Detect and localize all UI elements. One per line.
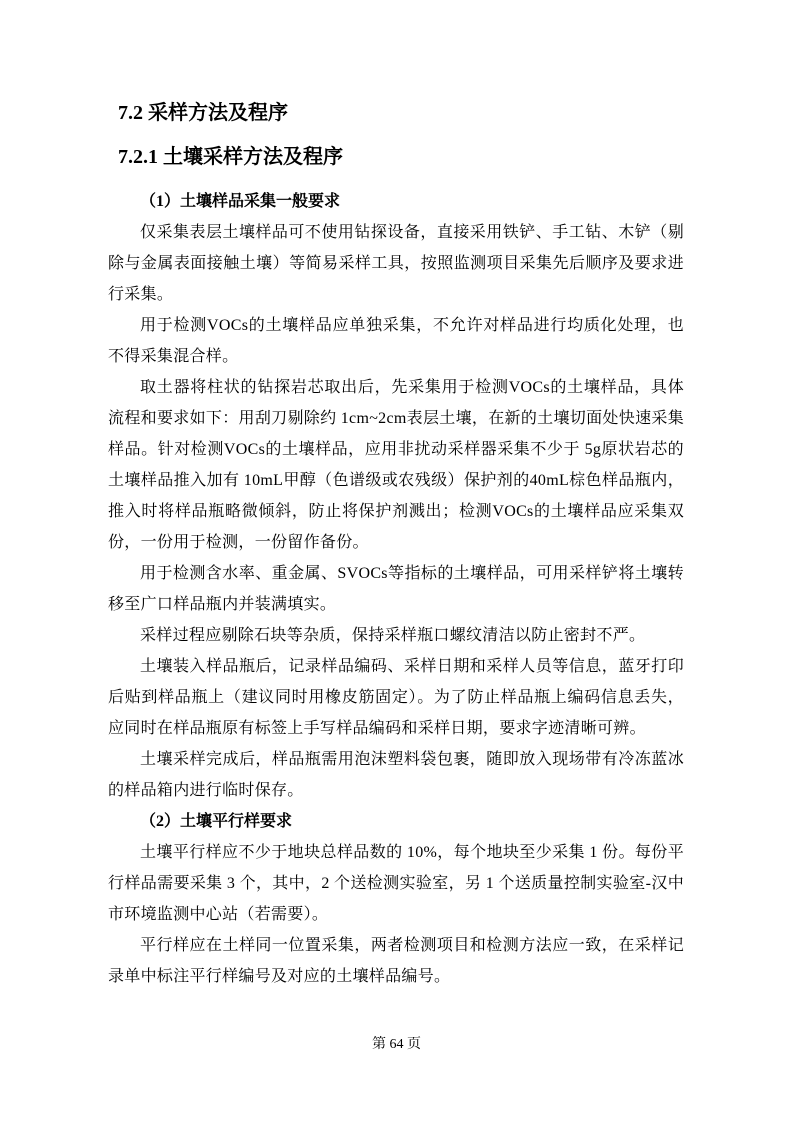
item-1-heading: （1）土壤样品采集一般要求	[108, 186, 684, 217]
paragraph: 用于检测VOCs的土壤样品应单独采集，不允许对样品进行均质化处理，也不得采集混合…	[108, 310, 684, 372]
item-2-heading: （2）土壤平行样要求	[108, 806, 684, 837]
paragraph: 土壤采样完成后，样品瓶需用泡沫塑料袋包裹，随即放入现场带有冷冻蓝冰的样品箱内进行…	[108, 744, 684, 806]
paragraph: 土壤装入样品瓶后，记录样品编码、采样日期和采样人员等信息，蓝牙打印后贴到样品瓶上…	[108, 651, 684, 744]
paragraph: 取土器将柱状的钻探岩芯取出后，先采集用于检测VOCs的土壤样品，具体流程和要求如…	[108, 372, 684, 558]
paragraph: 平行样应在土样同一位置采集，两者检测项目和检测方法应一致，在采样记录单中标注平行…	[108, 930, 684, 992]
page-number: 第 64 页	[0, 1035, 793, 1055]
paragraph: 仅采集表层土壤样品可不使用钻探设备，直接采用铁铲、手工钻、木铲（剔除与金属表面接…	[108, 217, 684, 310]
paragraph: 土壤平行样应不少于地块总样品数的 10%，每个地块至少采集 1 份。每份平行样品…	[108, 837, 684, 930]
document-page: 7.2 采样方法及程序 7.2.1 土壤采样方法及程序 （1）土壤样品采集一般要…	[0, 0, 793, 1122]
paragraph: 采样过程应剔除石块等杂质，保持采样瓶口螺纹清洁以防止密封不严。	[108, 620, 684, 651]
paragraph: 用于检测含水率、重金属、SVOCs等指标的土壤样品，可用采样铲将土壤转移至广口样…	[108, 558, 684, 620]
subsection-heading: 7.2.1 土壤采样方法及程序	[118, 144, 684, 170]
section-heading: 7.2 采样方法及程序	[118, 100, 684, 126]
